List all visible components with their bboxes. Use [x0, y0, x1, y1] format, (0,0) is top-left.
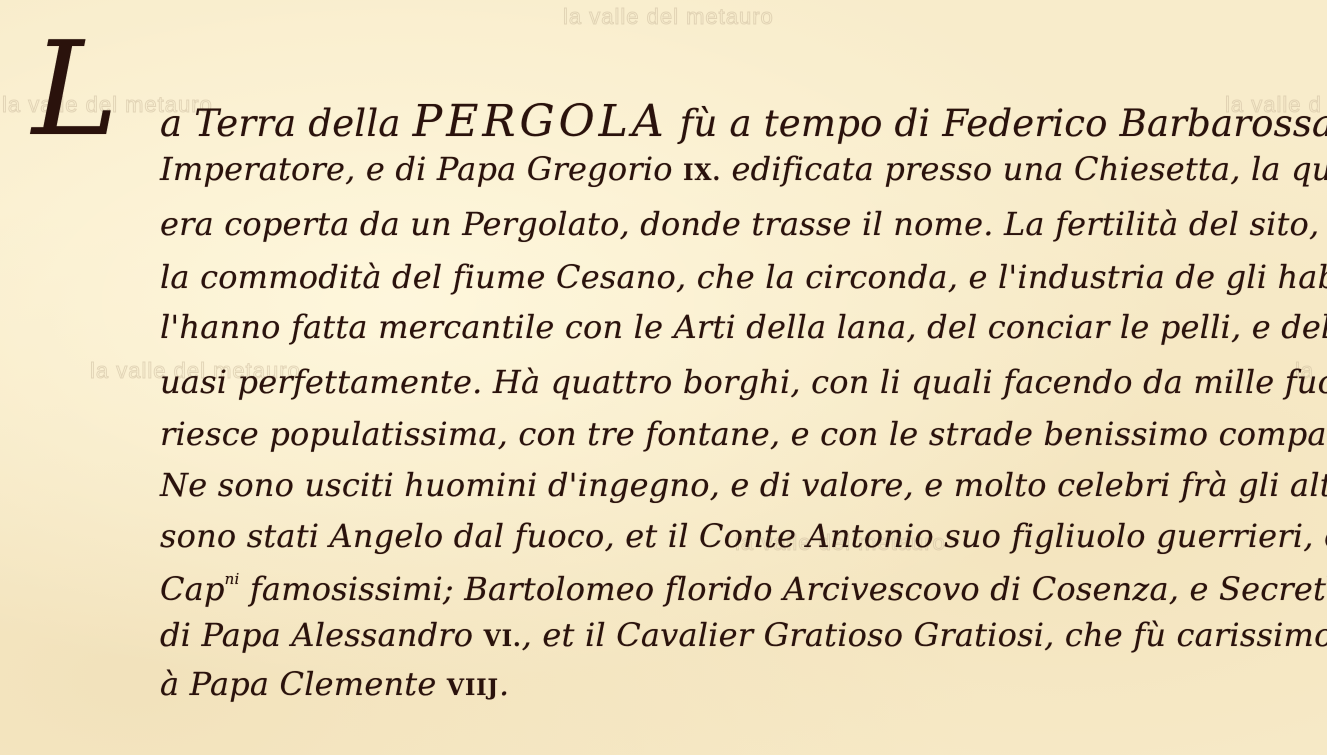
- text-span: edificata presso una Chiesetta, la quale: [721, 150, 1327, 188]
- text-span: Cap: [160, 570, 225, 608]
- roman-numeral: IX.: [683, 160, 721, 186]
- roman-numeral: VI.: [484, 626, 522, 652]
- abbreviation-superscript: ni: [225, 570, 240, 588]
- text-line: Ne sono usciti huomini d'ingegno, e di v…: [160, 466, 1327, 504]
- text-line: à Papa Clemente VIIJ.: [160, 665, 509, 703]
- text-span: a Terra della: [160, 102, 413, 145]
- text-line: sono stati Angelo dal fuoco, et il Conte…: [160, 517, 1327, 555]
- text-span: di Papa Alessandro: [160, 616, 484, 654]
- place-name-caps: PERGOLA: [413, 96, 668, 147]
- text-span: à Papa Clemente: [160, 665, 447, 703]
- text-span: fù a tempo di Federico Barbarossa: [668, 102, 1327, 145]
- text-line: riesce populatissima, con tre fontane, e…: [160, 415, 1327, 453]
- text-line: Capni famosissimi; Bartolomeo florido Ar…: [160, 570, 1327, 608]
- decorated-initial: L: [32, 24, 119, 154]
- text-span: famosissimi; Bartolomeo florido Arcivesc…: [240, 570, 1327, 608]
- manuscript-text: La Terra della PERGOLA fù a tempo di Fed…: [0, 0, 1327, 755]
- text-line: uasi perfettamente. Hà quattro borghi, c…: [160, 363, 1327, 401]
- text-line: l'hanno fatta mercantile con le Arti del…: [160, 308, 1327, 346]
- text-line: era coperta da un Pergolato, donde trass…: [160, 205, 1319, 243]
- text-line: di Papa Alessandro VI., et il Cavalier G…: [160, 616, 1327, 654]
- text-line: Imperatore, e di Papa Gregorio IX. edifi…: [160, 150, 1327, 188]
- text-span: .: [499, 665, 509, 703]
- text-span: , et il Cavalier Gratioso Gratiosi, che …: [522, 616, 1327, 654]
- manuscript-page: la valle del metauro la valle del metaur…: [0, 0, 1327, 755]
- text-span: Imperatore, e di Papa Gregorio: [160, 150, 683, 188]
- text-line: la commodità del fiume Cesano, che la ci…: [160, 258, 1327, 296]
- roman-numeral: VIIJ: [447, 675, 499, 701]
- text-line: La Terra della PERGOLA fù a tempo di Fed…: [160, 96, 1327, 147]
